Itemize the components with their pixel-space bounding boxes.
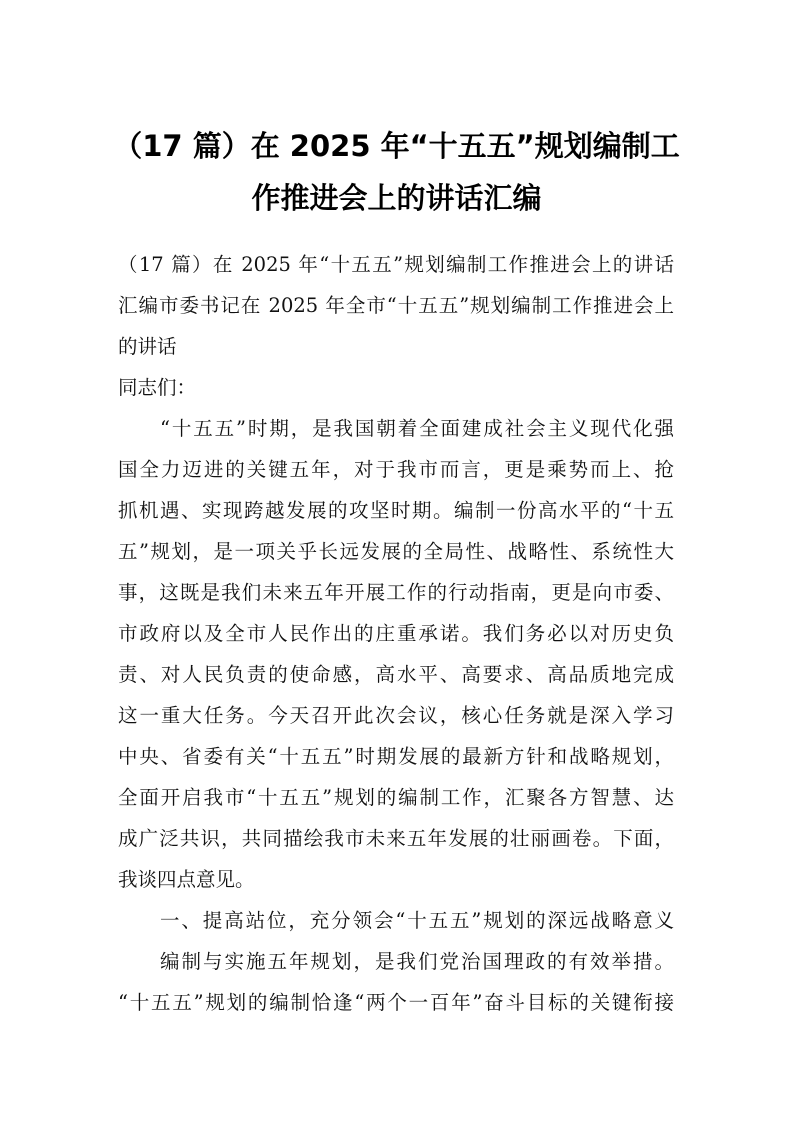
paragraph-1-line-8: 这一重大任务。今天召开此次会议，核心任务就是深入学习 xyxy=(118,695,674,736)
paragraph-1-line-5: 事，这既是我们未来五年开展工作的行动指南，更是向市委、 xyxy=(118,572,674,613)
paragraph-1-line-4: 五”规划，是一项关乎长远发展的全局性、战略性、系统性大 xyxy=(118,531,674,572)
body-paragraph-1: “十五五”时期，是我国朝着全面建成社会主义现代化强 国全力迈进的关键五年，对于我… xyxy=(118,408,674,900)
paragraph-1-line-9: 中央、省委有关“十五五”时期发展的最新方针和战略规划， xyxy=(118,736,674,777)
paragraph-2-line-1: 编制与实施五年规划，是我们党治国理政的有效举措。 xyxy=(118,941,674,982)
title-line-2: 作推进会上的讲话汇编 xyxy=(100,172,693,224)
paragraph-2-line-2: “十五五”规划的编制恰逢“两个一百年”奋斗目标的关键衔接 xyxy=(118,982,674,1023)
paragraph-1-line-3: 抓机遇、实现跨越发展的攻坚时期。编制一份高水平的“十五 xyxy=(118,490,674,531)
subtitle-line-3: 的讲话 xyxy=(118,326,674,367)
salutation-paragraph: 同志们： xyxy=(118,367,674,408)
paragraph-1-line-2: 国全力迈进的关键五年，对于我市而言，更是乘势而上、抢 xyxy=(118,449,674,490)
paragraph-1-line-10: 全面开启我市“十五五”规划的编制工作，汇聚各方智慧、达 xyxy=(118,777,674,818)
salutation: 同志们： xyxy=(118,367,674,408)
body-paragraph-2: 编制与实施五年规划，是我们党治国理政的有效举措。 “十五五”规划的编制恰逢“两个… xyxy=(118,941,674,1023)
paragraph-1-line-11: 成广泛共识，共同描绘我市未来五年发展的壮丽画卷。下面， xyxy=(118,818,674,859)
title-line-1: （17 篇）在 2025 年“十五五”规划编制工 xyxy=(100,120,693,172)
paragraph-1-line-12: 我谈四点意见。 xyxy=(118,859,674,900)
document-title: （17 篇）在 2025 年“十五五”规划编制工 作推进会上的讲话汇编 xyxy=(100,120,693,224)
paragraph-1-line-6: 市政府以及全市人民作出的庄重承诺。我们务必以对历史负 xyxy=(118,613,674,654)
section-heading-paragraph: 一、提高站位，充分领会“十五五”规划的深远战略意义 xyxy=(118,900,674,941)
subtitle-paragraph: （17 篇）在 2025 年“十五五”规划编制工作推进会上的讲话 汇编市委书记在… xyxy=(118,244,674,367)
subtitle-line-1: （17 篇）在 2025 年“十五五”规划编制工作推进会上的讲话 xyxy=(118,244,674,285)
section-heading-1: 一、提高站位，充分领会“十五五”规划的深远战略意义 xyxy=(118,900,674,941)
paragraph-1-line-7: 责、对人民负责的使命感，高水平、高要求、高品质地完成 xyxy=(118,654,674,695)
paragraph-1-line-1: “十五五”时期，是我国朝着全面建成社会主义现代化强 xyxy=(118,408,674,449)
document-page: （17 篇）在 2025 年“十五五”规划编制工 作推进会上的讲话汇编 （17 … xyxy=(0,0,793,1122)
document-body: （17 篇）在 2025 年“十五五”规划编制工作推进会上的讲话 汇编市委书记在… xyxy=(118,244,674,1023)
subtitle-line-2: 汇编市委书记在 2025 年全市“十五五”规划编制工作推进会上 xyxy=(118,285,674,326)
